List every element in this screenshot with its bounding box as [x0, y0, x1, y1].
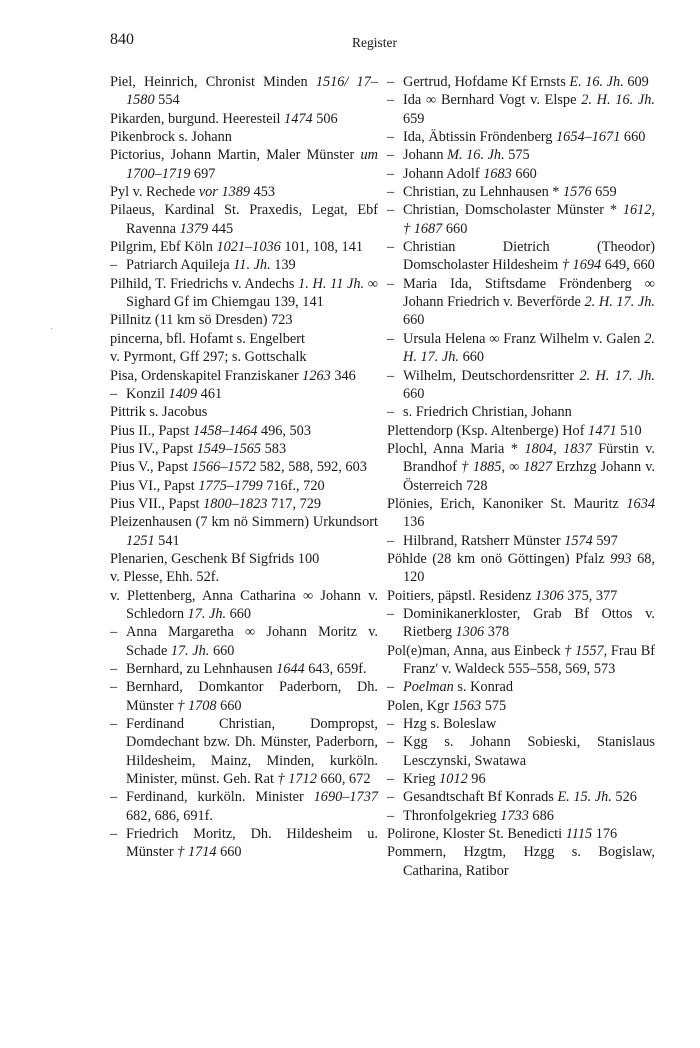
index-subentry: Poelman s. Konrad — [387, 678, 655, 696]
index-entry: Pilgrim, Ebf Köln 1021–1036 101, 108, 14… — [110, 238, 378, 256]
index-column-right: Gertrud, Hofdame Kf Ernsts E. 16. Jh. 60… — [387, 73, 655, 880]
index-entry: Pictorius, Johann Martin, Maler Münster … — [110, 146, 378, 183]
index-subentry: Krieg 1012 96 — [387, 770, 655, 788]
index-entry: Piel, Heinrich, Chronist Minden 1516/ 17… — [110, 73, 378, 110]
index-entry: v. Pyrmont, Gff 297; s. Gottschalk — [110, 348, 378, 366]
index-entry: Pisa, Ordenskapitel Franziskaner 1263 34… — [110, 367, 378, 385]
index-subentry: Christian, zu Lehnhausen * 1576 659 — [387, 183, 655, 201]
index-subentry: Thronfolgekrieg 1733 686 — [387, 807, 655, 825]
index-subentry: Hzg s. Boleslaw — [387, 715, 655, 733]
index-entry: Pius VII., Papst 1800–1823 717, 729 — [110, 495, 378, 513]
index-entry: v. Plesse, Ehh. 52f. — [110, 568, 378, 586]
index-subentry: Ida, Äbtissin Fröndenberg 1654–1671 660 — [387, 128, 655, 146]
index-entry: Pikarden, burgund. Heeresteil 1474 506 — [110, 110, 378, 128]
index-subentry: Patriarch Aquileja 11. Jh. 139 — [110, 256, 378, 274]
index-subentry: Johann M. 16. Jh. 575 — [387, 146, 655, 164]
index-subentry: Ferdinand Christian, Dompropst, Domdecha… — [110, 715, 378, 788]
index-subentry: Ursula Helena ∞ Franz Wilhelm v. Galen 2… — [387, 330, 655, 367]
index-entry: Plenarien, Geschenk Bf Sigfrids 100 — [110, 550, 378, 568]
index-entry: v. Plettenberg, Anna Catharina ∞ Johann … — [110, 587, 378, 624]
index-subentry: Ida ∞ Bernhard Vogt v. Elspe 2. H. 16. J… — [387, 91, 655, 128]
index-entry: Pittrik s. Jacobus — [110, 403, 378, 421]
index-entry: Polirone, Kloster St. Benedicti 1115 176 — [387, 825, 655, 843]
index-subentry: Kgg s. Johann Sobieski, Stanislaus Lescz… — [387, 733, 655, 770]
index-subentry: Anna Margaretha ∞ Johann Moritz v. Schad… — [110, 623, 378, 660]
index-subentry: Bernhard, Domkantor Paderborn, Dh. Münst… — [110, 678, 378, 715]
index-entry: Pilaeus, Kardinal St. Praxedis, Legat, E… — [110, 201, 378, 238]
index-column-left: Piel, Heinrich, Chronist Minden 1516/ 17… — [110, 73, 378, 862]
index-entry: Pöhlde (28 km onö Göttingen) Pfalz 993 6… — [387, 550, 655, 587]
index-subentry: Johann Adolf 1683 660 — [387, 165, 655, 183]
index-subentry: Wilhelm, Deutschordensritter 2. H. 17. J… — [387, 367, 655, 404]
index-subentry: Maria Ida, Stiftsdame Fröndenberg ∞ Joha… — [387, 275, 655, 330]
index-subentry: Friedrich Moritz, Dh. Hildesheim u. Müns… — [110, 825, 378, 862]
index-entry: Pillnitz (11 km sö Dresden) 723 — [110, 311, 378, 329]
index-subentry: Bernhard, zu Lehnhausen 1644 643, 659f. — [110, 660, 378, 678]
index-entry: Pius VI., Papst 1775–1799 716f., 720 — [110, 477, 378, 495]
index-subentry: Konzil 1409 461 — [110, 385, 378, 403]
index-entry: Pius IV., Papst 1549–1565 583 — [110, 440, 378, 458]
index-entry: Plettendorp (Ksp. Altenberge) Hof 1471 5… — [387, 422, 655, 440]
index-subentry: s. Friedrich Christian, Johann — [387, 403, 655, 421]
index-entry: Pius II., Papst 1458–1464 496, 503 — [110, 422, 378, 440]
index-subentry: Christian, Domscholaster Münster * 1612,… — [387, 201, 655, 238]
index-subentry: Dominikanerkloster, Grab Bf Ottos v. Rie… — [387, 605, 655, 642]
index-entry: Poitiers, päpstl. Residenz 1306 375, 377 — [387, 587, 655, 605]
index-entry: Pol(e)man, Anna, aus Einbeck † 1557, Fra… — [387, 642, 655, 679]
index-entry: Pikenbrock s. Johann — [110, 128, 378, 146]
index-entry: Plochl, Anna Maria * 1804, 1837 Fürstin … — [387, 440, 655, 495]
index-entry: Plönies, Erich, Kanoniker St. Mauritz 16… — [387, 495, 655, 532]
index-subentry: Hilbrand, Ratsherr Münster 1574 597 — [387, 532, 655, 550]
index-entry: pincerna, bfl. Hofamt s. Engelbert — [110, 330, 378, 348]
index-subentry: Christian Dietrich (Theodor) Domscholast… — [387, 238, 655, 275]
index-subentry: Ferdinand, kurköln. Minister 1690–1737 6… — [110, 788, 378, 825]
running-head: Register — [352, 35, 397, 51]
index-entry: Pleizenhausen (7 km nö Simmern) Urkundso… — [110, 513, 378, 550]
index-subentry: Gesandtschaft Bf Konrads E. 15. Jh. 526 — [387, 788, 655, 806]
index-subentry: Gertrud, Hofdame Kf Ernsts E. 16. Jh. 60… — [387, 73, 655, 91]
index-entry: Pius V., Papst 1566–1572 582, 588, 592, … — [110, 458, 378, 476]
index-entry: Pilhild, T. Friedrichs v. Andechs 1. H. … — [110, 275, 378, 312]
page-number: 840 — [110, 31, 134, 49]
index-entry: Pommern, Hzgtm, Hzgg s. Bogislaw, Cathar… — [387, 843, 655, 880]
index-entry: Polen, Kgr 1563 575 — [387, 697, 655, 715]
margin-speck — [51, 328, 52, 329]
index-entry: Pyl v. Rechede vor 1389 453 — [110, 183, 378, 201]
